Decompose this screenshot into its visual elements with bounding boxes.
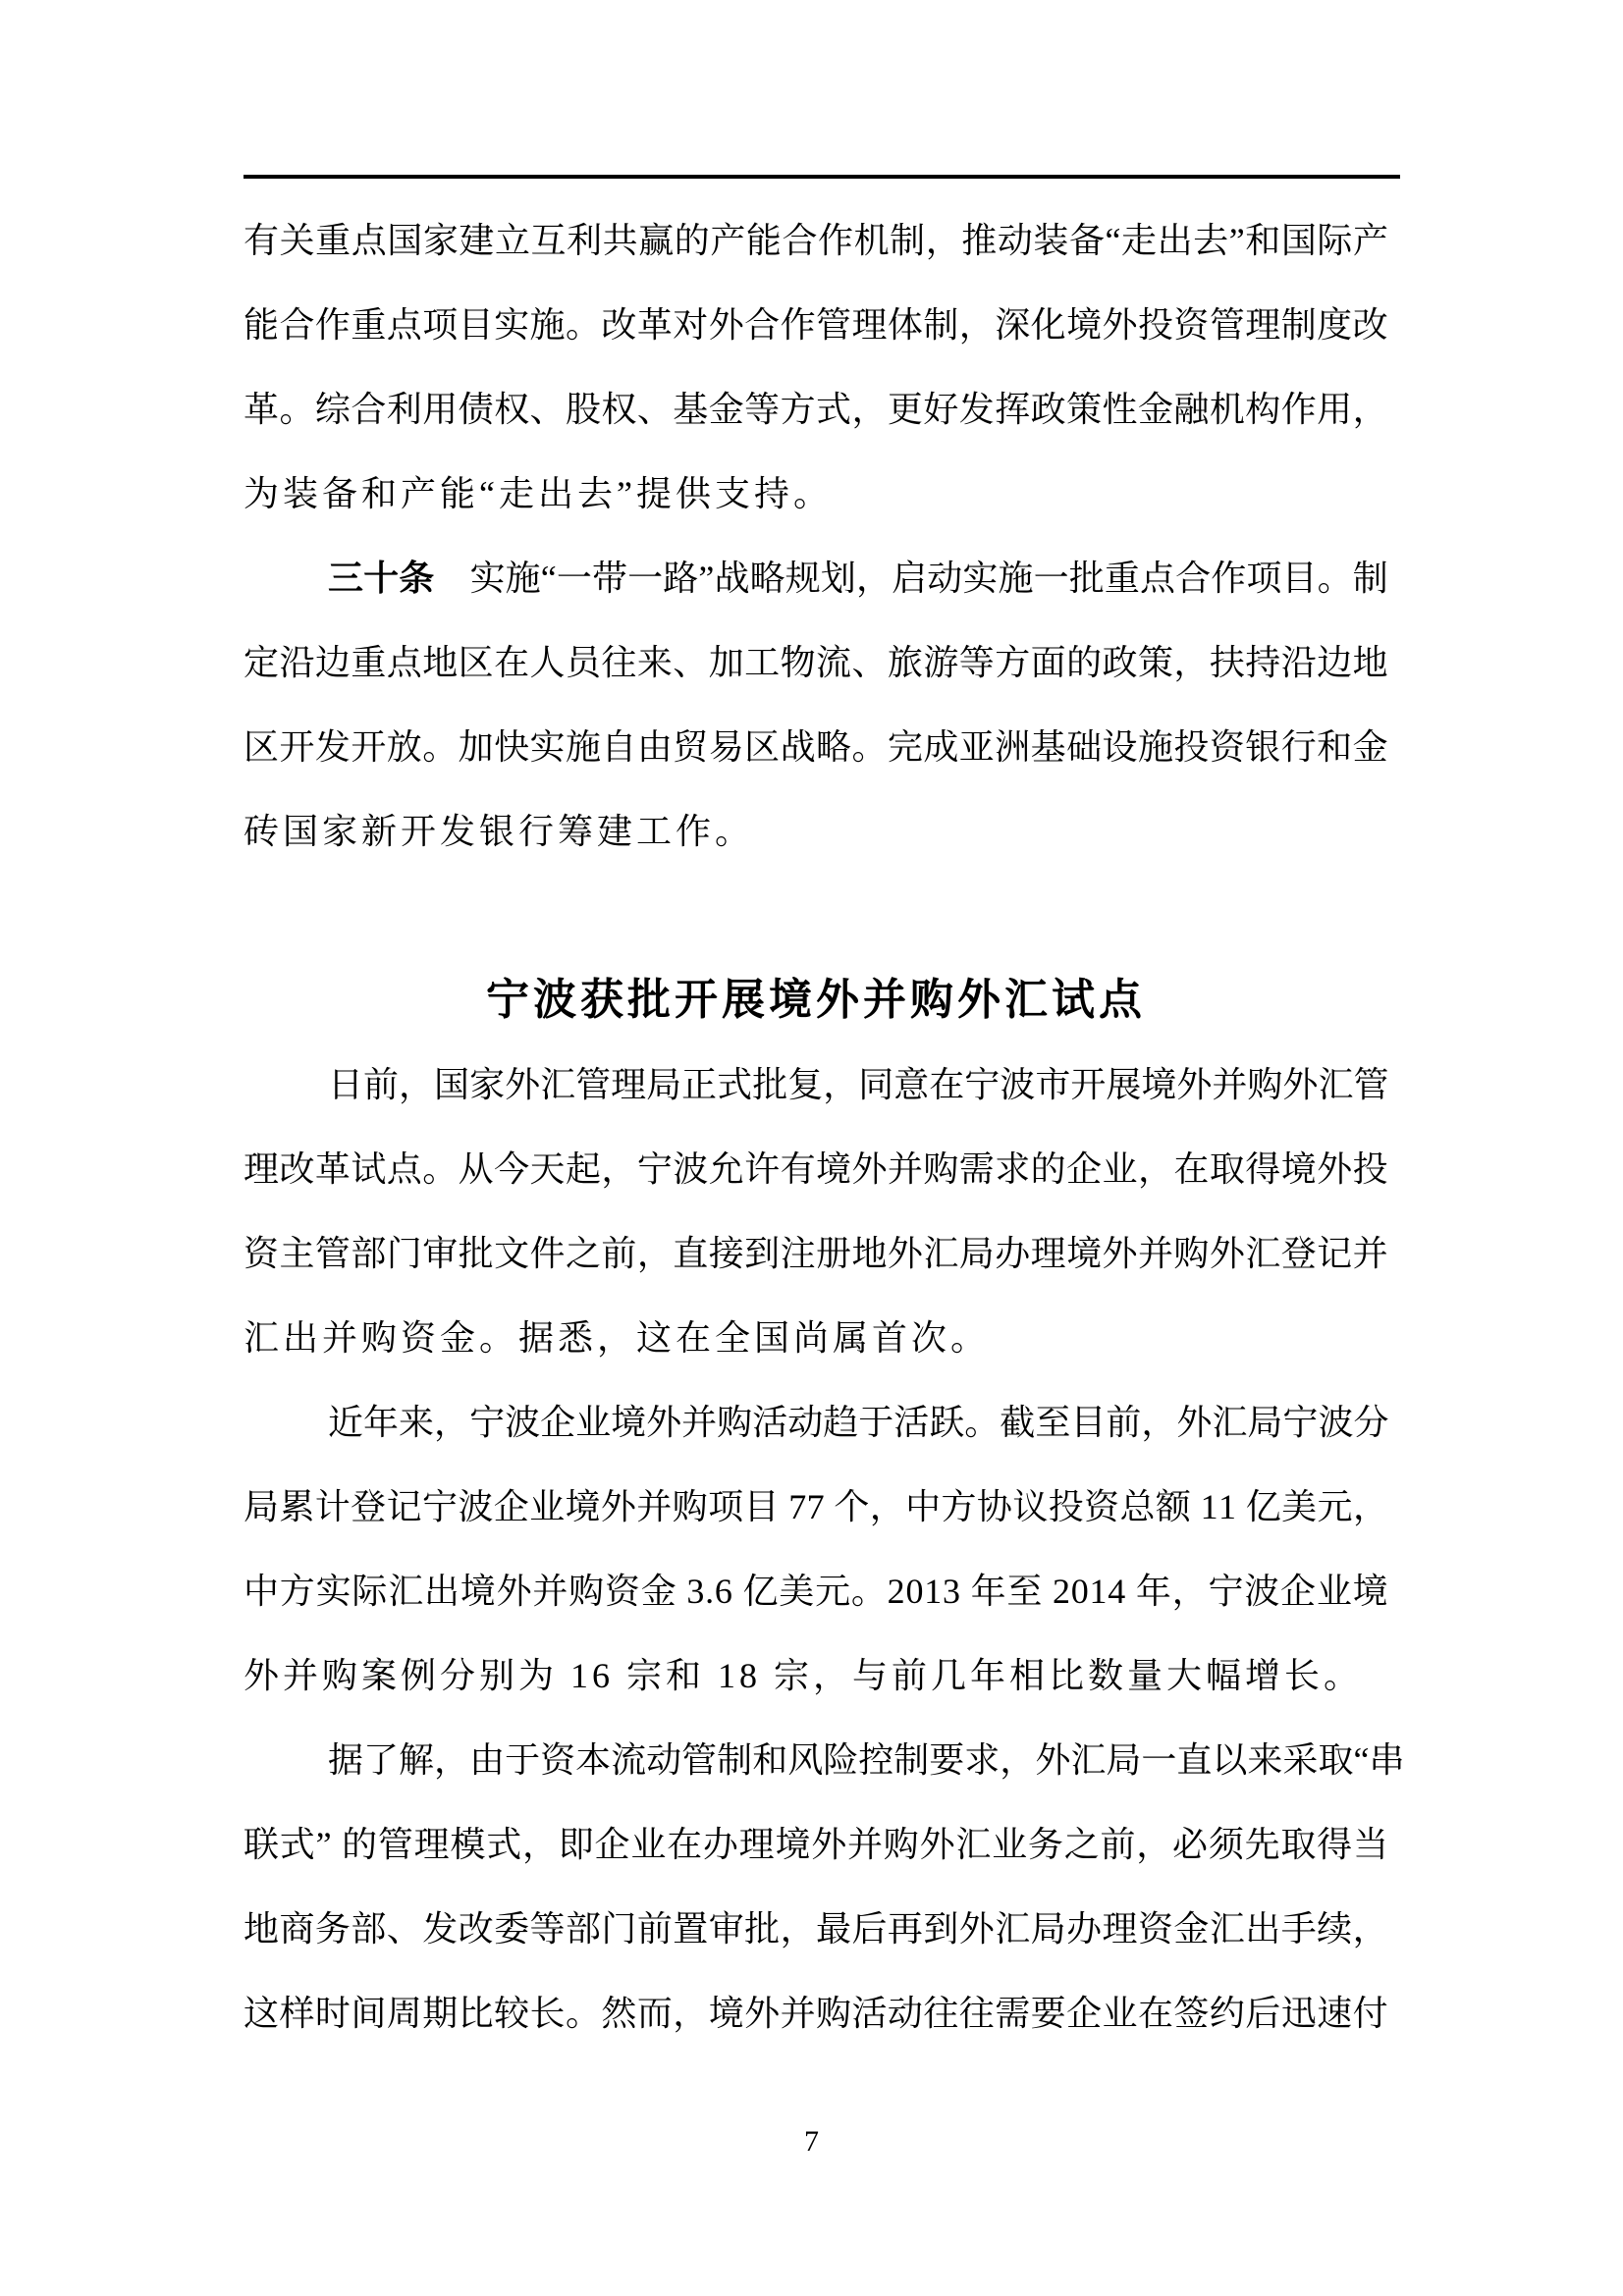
blank-line [243, 874, 1388, 958]
text-line: 定沿边重点地区在人员往来、加工物流、旅游等方面的政策，扶持沿边地 [243, 620, 1388, 705]
text-line: 局累计登记宁波企业境外并购项目 77 个，中方协议投资总额 11 亿美元， [243, 1465, 1388, 1549]
section-heading: 宁波获批开展境外并购外汇试点 [243, 958, 1388, 1042]
text-line: 中方实际汇出境外并购资金 3.6 亿美元。2013 年至 2014 年，宁波企业… [243, 1549, 1388, 1633]
text-line: 有关重点国家建立互利共赢的产能合作机制，推动装备“走出去”和国际产 [243, 198, 1388, 283]
text-line: 革。综合利用债权、股权、基金等方式，更好发挥政策性金融机构作用， [243, 367, 1388, 452]
text-line: 能合作重点项目实施。改革对外合作管理体制，深化境外投资管理制度改 [243, 283, 1388, 367]
text-line: 汇出并购资金。据悉，这在全国尚属首次。 [243, 1296, 1388, 1380]
text-line: 这样时间周期比较长。然而，境外并购活动往往需要企业在签约后迅速付 [243, 1971, 1388, 2056]
text-line: 区开发开放。加快实施自由贸易区战略。完成亚洲基础设施投资银行和金 [243, 705, 1388, 789]
text-line: 日前，国家外汇管理局正式批复，同意在宁波市开展境外并购外汇管 [243, 1042, 1388, 1127]
text-line: 三十条 实施“一带一路”战略规划，启动实施一批重点合作项目。制 [243, 536, 1388, 620]
document-body: 有关重点国家建立互利共赢的产能合作机制，推动装备“走出去”和国际产能合作重点项目… [243, 198, 1388, 2056]
text-line: 砖国家新开发银行筹建工作。 [243, 789, 1388, 874]
text-line: 外并购案例分别为 16 宗和 18 宗，与前几年相比数量大幅增长。 [243, 1633, 1388, 1718]
text-line: 近年来，宁波企业境外并购活动趋于活跃。截至目前，外汇局宁波分 [243, 1380, 1388, 1465]
header-rule [243, 175, 1400, 179]
text-line: 理改革试点。从今天起，宁波允许有境外并购需求的企业，在取得境外投 [243, 1127, 1388, 1211]
page-number: 7 [0, 2112, 1623, 2171]
document-page: 有关重点国家建立互利共赢的产能合作机制，推动装备“走出去”和国际产能合作重点项目… [0, 0, 1623, 2296]
text-line: 地商务部、发改委等部门前置审批，最后再到外汇局办理资金汇出手续， [243, 1887, 1388, 1971]
text-line: 据了解，由于资本流动管制和风险控制要求，外汇局一直以来采取“串 [243, 1718, 1388, 1802]
text-line: 联式” 的管理模式，即企业在办理境外并购外汇业务之前，必须先取得当 [243, 1802, 1388, 1887]
text-line: 为装备和产能“走出去”提供支持。 [243, 452, 1388, 536]
text-line: 资主管部门审批文件之前，直接到注册地外汇局办理境外并购外汇登记并 [243, 1211, 1388, 1296]
